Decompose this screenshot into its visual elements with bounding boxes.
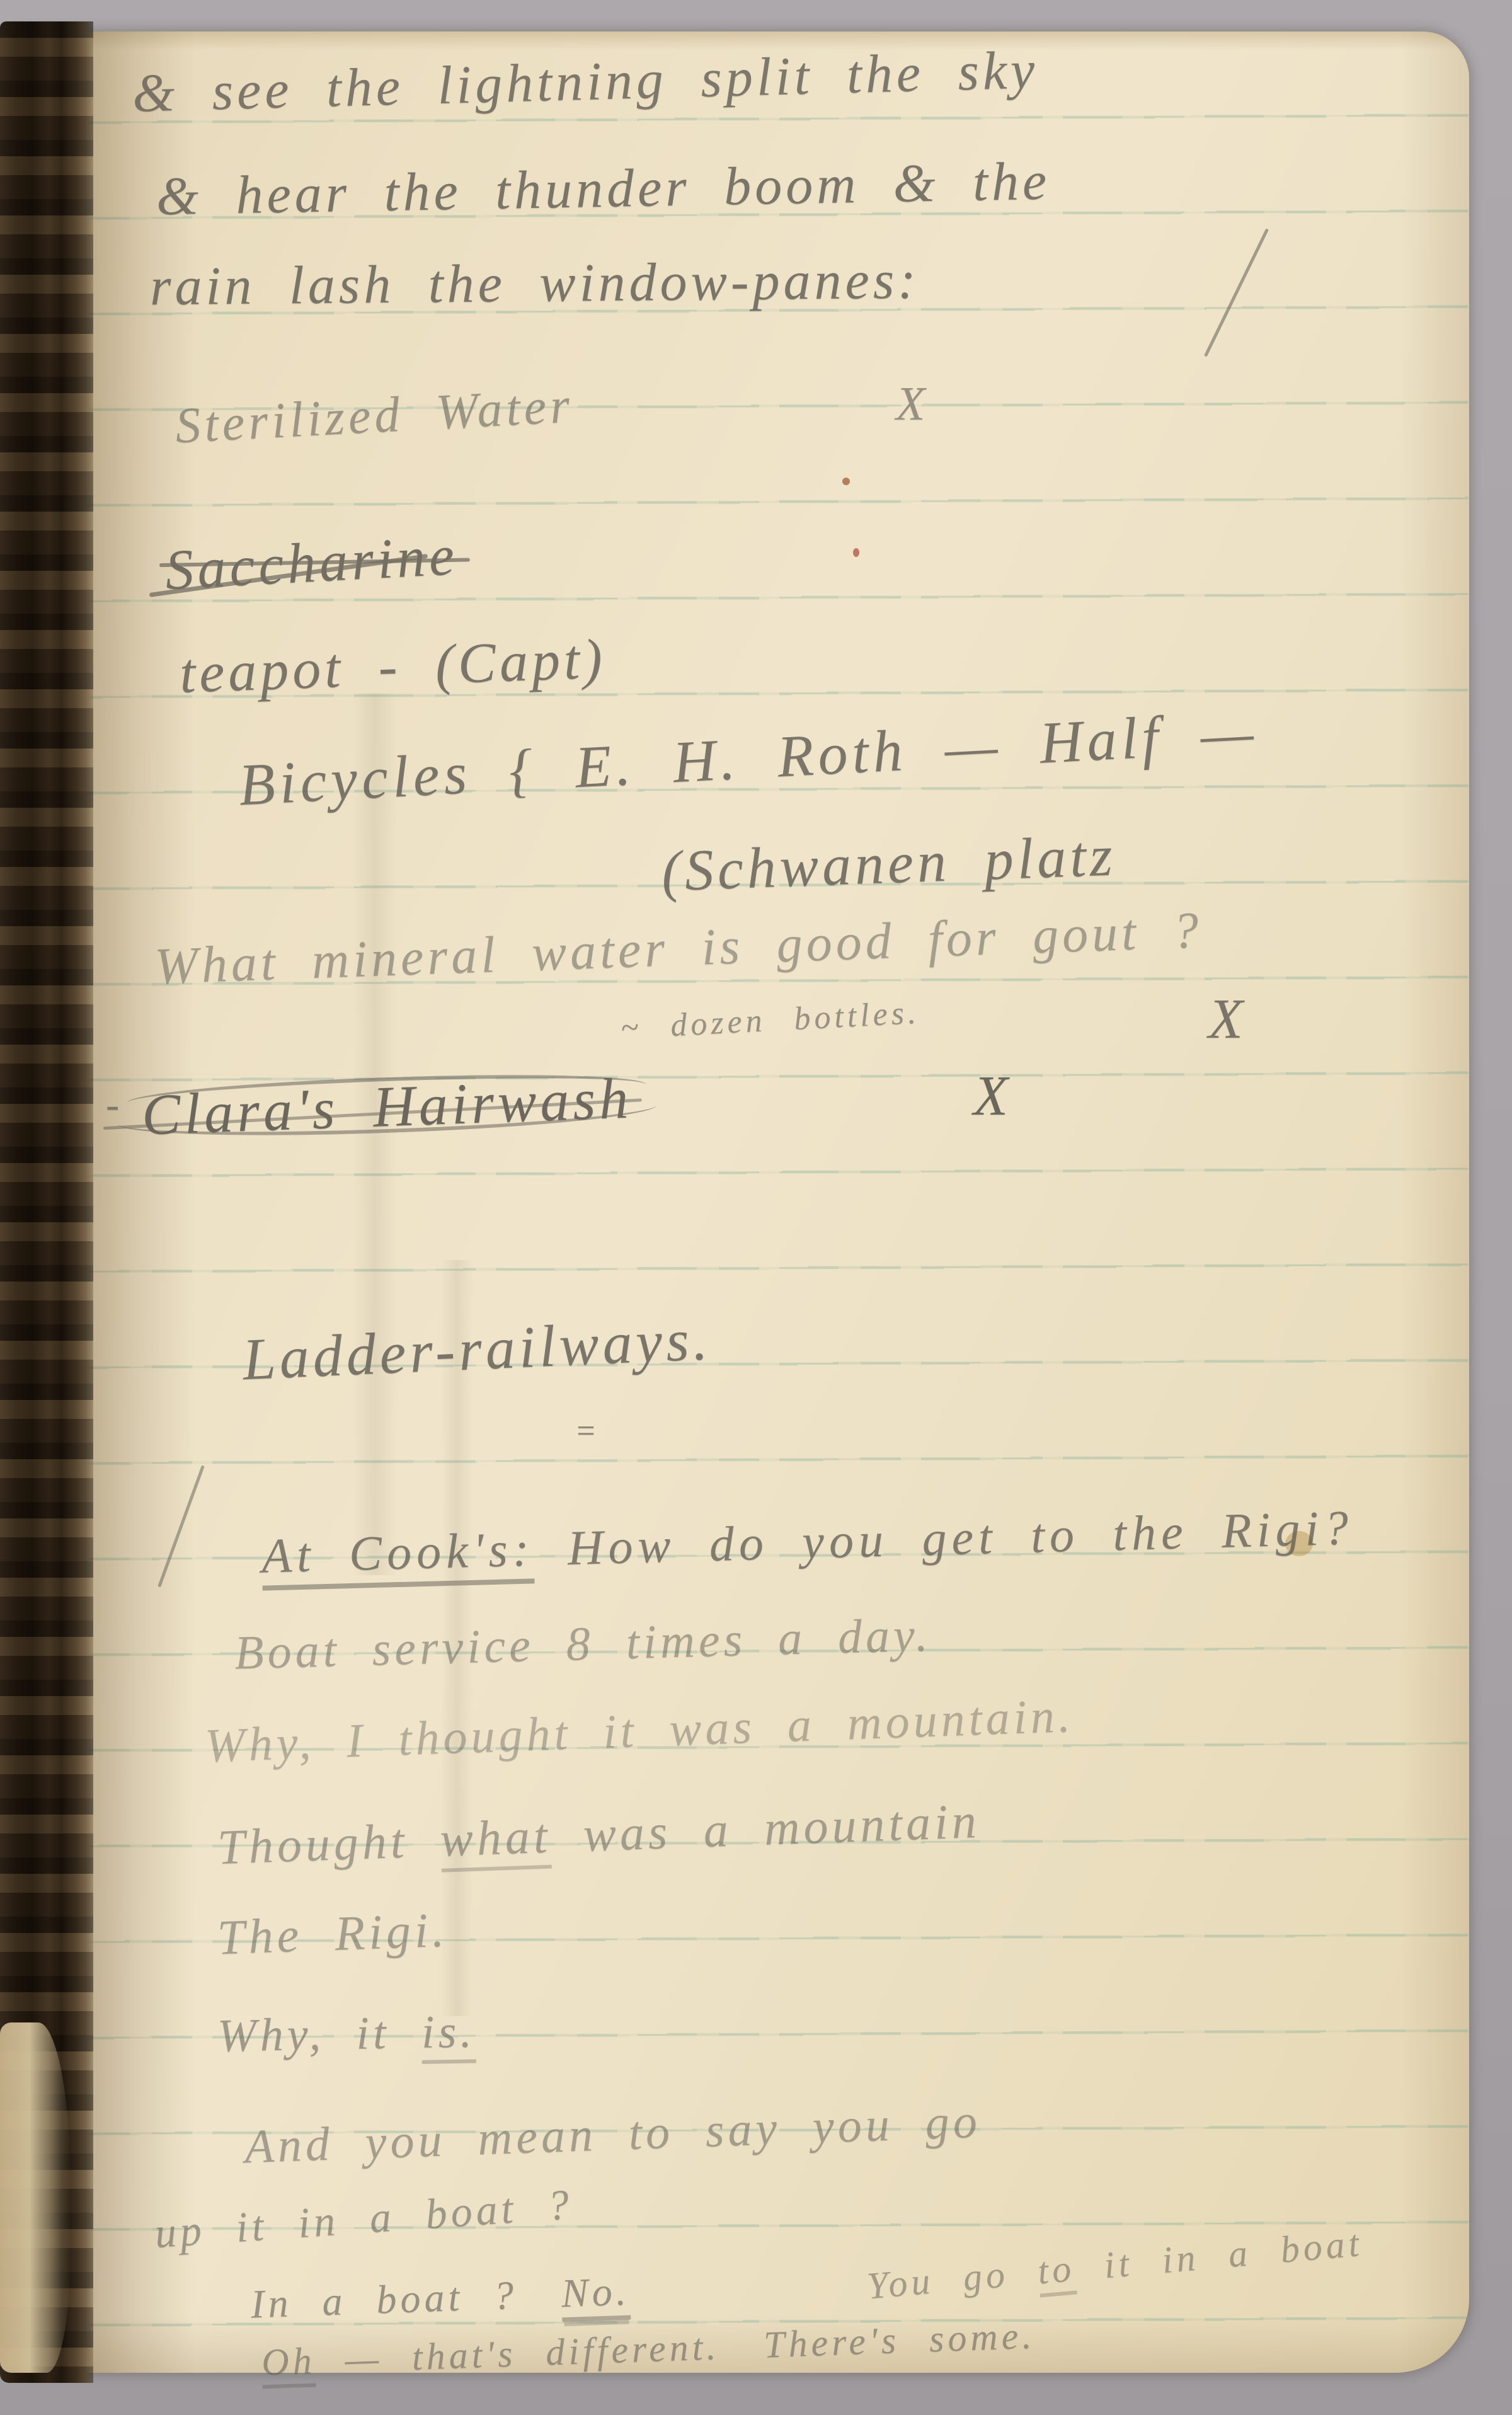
underlined-text: to	[1036, 2247, 1077, 2298]
handwriting-text: The Rigi.	[217, 1902, 449, 1965]
handwriting-text: In a boat ?	[250, 2273, 518, 2327]
handwriting-line-rain: rain lash the window-panes:	[150, 249, 920, 318]
handwriting-text: There's some.	[763, 2315, 1036, 2366]
binding-torn-edge	[0, 2022, 71, 2373]
scanned-notebook-photo: & see the lightning split the sky & hear…	[0, 0, 1512, 2415]
underlined-text: Oh	[261, 2339, 316, 2389]
equals-mark: =	[575, 1413, 600, 1450]
x-mark: X	[1208, 987, 1247, 1052]
paper-stain	[842, 478, 850, 485]
x-mark: X	[896, 377, 929, 432]
handwriting-text: Why, it	[217, 2007, 421, 2062]
handwriting-text: teapot - (Capt)	[178, 628, 607, 705]
underlined-text: what	[439, 1808, 552, 1873]
gutter-shadow	[88, 32, 195, 2373]
handwriting-line-the-rigi: The Rigi.	[217, 1902, 449, 1966]
underlined-text: At Cook's:	[261, 1521, 535, 1590]
handwriting-line-why-it-is: Why, it is.	[217, 2005, 476, 2063]
underlined-text: No.	[561, 2269, 631, 2322]
paper-stain	[853, 548, 859, 557]
handwriting-text: rain lash the window-panes:	[150, 250, 920, 317]
x-mark: X	[973, 1064, 1012, 1129]
underlined-text: is.	[421, 2005, 476, 2063]
handwriting-text: Thought	[217, 1812, 441, 1874]
